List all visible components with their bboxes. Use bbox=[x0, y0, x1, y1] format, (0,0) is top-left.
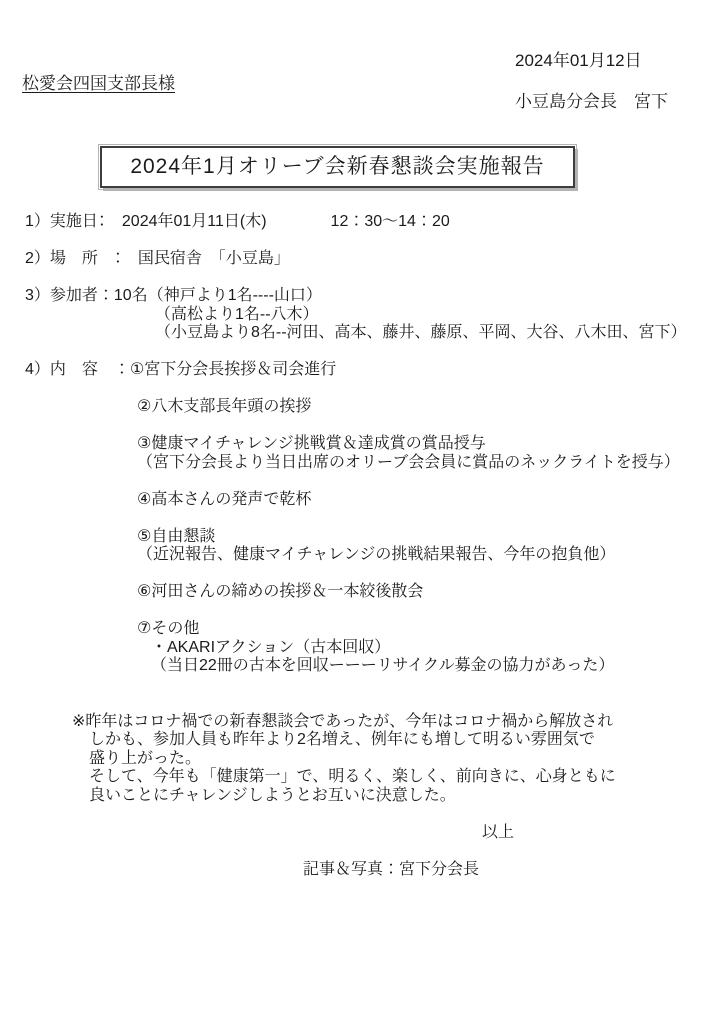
line-participants-takamatsu: （高松より1名--八木） bbox=[0, 306, 724, 325]
credit-line: 記事＆写真：宮下分会長 bbox=[0, 861, 724, 880]
line-remarks-4: そして、今年も「健康第一」で、明るく、楽しく、前向きに、心身ともに bbox=[0, 768, 724, 787]
line-content-item6: ⑥河田さんの締めの挨拶＆一本絞後散会 bbox=[0, 583, 724, 602]
sender: 小豆島分会長 宮下 bbox=[515, 92, 668, 111]
line-content-item2: ②八木支部長年頭の挨拶 bbox=[0, 398, 724, 417]
line-content-item4: ④高本さんの発声で乾杯 bbox=[0, 491, 724, 510]
closing-line: 以上 bbox=[0, 824, 724, 843]
line-content-item3-note: （宮下分会長より当日出席のオリーブ会会員に賞品のネックライトを授与） bbox=[0, 454, 724, 473]
line-akari-note: （当日22冊の古本を回収ーーーリサイクル募金の協力があった） bbox=[0, 657, 724, 676]
report-document-page: 2024年01月12日 松愛会四国支部長様 小豆島分会長 宮下 2024年1月オ… bbox=[0, 0, 724, 1024]
line-content-item1: 4）内 容 ：①宮下分会長挨拶＆司会進行 bbox=[0, 361, 724, 380]
line-participants: 3）参加者：10名（神戸より1名----山口） bbox=[0, 287, 724, 306]
line-content-item5-note: （近況報告、健康マイチャレンジの挑戦結果報告、今年の抱負他） bbox=[0, 546, 724, 565]
report-title: 2024年1月オリーブ会新春懇談会実施報告 bbox=[100, 146, 575, 188]
report-body: 1）実施日： 2024年01月11日(木) 12：30～14：20 2）場 所 … bbox=[0, 213, 724, 879]
line-remarks-5: 良いことにチャレンジしようとお互いに決意した。 bbox=[0, 787, 724, 806]
line-date: 1）実施日： 2024年01月11日(木) 12：30～14：20 bbox=[0, 213, 724, 232]
line-content-item7: ⑦その他 bbox=[0, 620, 724, 639]
line-content-item5: ⑤自由懇談 bbox=[0, 528, 724, 547]
document-date: 2024年01月12日 bbox=[515, 51, 642, 70]
line-remarks-2: しかも、参加人員も昨年より2名増え、例年にも増して明るい雰囲気で bbox=[0, 731, 724, 750]
line-remarks-3: 盛り上がった。 bbox=[0, 750, 724, 769]
line-venue: 2）場 所 ： 国民宿舎 「小豆島」 bbox=[0, 250, 724, 269]
line-content-item3: ③健康マイチャレンジ挑戦賞＆達成賞の賞品授与 bbox=[0, 435, 724, 454]
addressee: 松愛会四国支部長様 bbox=[22, 74, 175, 93]
line-remarks-1: ※昨年はコロナ禍での新春懇談会であったが、今年はコロナ禍から解放され bbox=[0, 713, 724, 732]
line-participants-shodoshima: （小豆島より8名--河田、高本、藤井、藤原、平岡、大谷、八木田、宮下） bbox=[0, 324, 724, 343]
line-akari-action: ・AKARIアクション（古本回収） bbox=[0, 639, 724, 658]
